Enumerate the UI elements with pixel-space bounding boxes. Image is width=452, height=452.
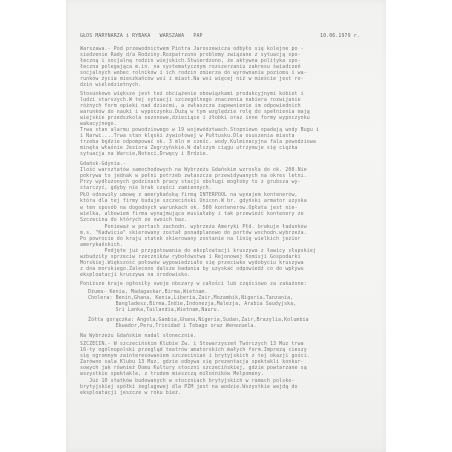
text-line: Ekwador,Peru,Trinidad i Tobago oraz Wene… [88,324,257,329]
text-line: która dla tej firmy buduje szczeciński U… [80,199,307,204]
text-line: Na Wybrzeżu Gdańskim nadal słonecznie. [80,334,196,339]
typewritten-page: GŁOS MARYNARZA i RYBAKA WARSZAWA PAP 10.… [66,0,386,452]
text-line: eksploatacji jeszcze w roku bież. [80,391,181,396]
text-line: Sri Lanka,Tailandia,Wietnam,Nauru. [88,308,220,313]
text-line: wszystkie spektakle, z trudem mieszczą m… [80,372,264,377]
text-line: Szczecina do których ze swoich baz. [80,218,187,223]
text-line: Poniższe kraje ogłosiły swoje obszary w … [80,282,307,287]
text-line: eksploatacji kruszywa na środowisko. [80,273,190,278]
text-line: starczyć, gdyby nie brak części zamienny… [80,186,212,191]
header-title: GŁOS MARYNARZA i RYBAKA WARSZAWA PAP [80,34,203,39]
text-line: sytuacja na Warcie,Noteci,Drwęcy i Brdzi… [80,152,209,157]
text-line: dzin wielodzietnych. [80,83,141,88]
header-date: 10.06.1979 r. [320,34,360,39]
